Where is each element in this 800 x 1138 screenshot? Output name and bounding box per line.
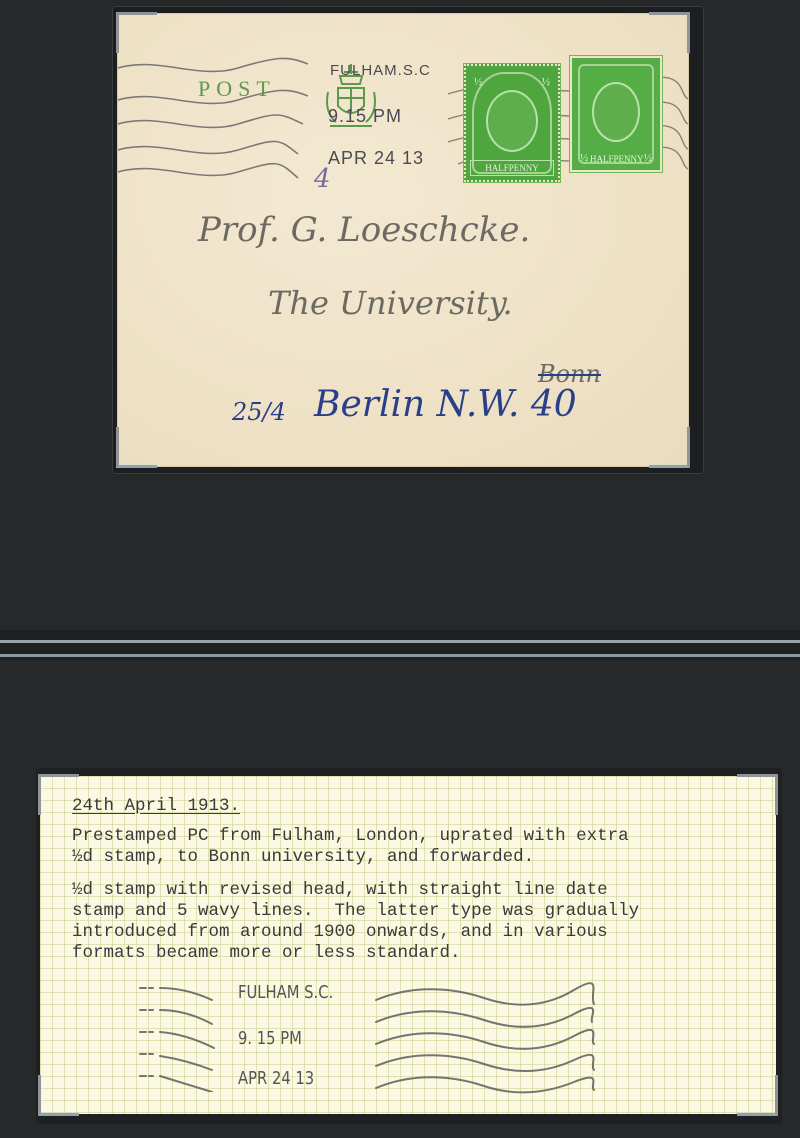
mount-corner-top-right (737, 774, 778, 815)
note-paragraph-2-line-2: stamp and 5 wavy lines. The latter type … (72, 901, 639, 922)
postcard: POST CA FULHAM.S.C 9.15 PM APR 24 13 ½ ½… (118, 14, 688, 466)
address-line-1: Prof. G. Loeschcke. (198, 210, 530, 250)
forwarding-reference: 25/4 (232, 398, 286, 426)
divider-strip-bottom (0, 654, 800, 657)
sketch-time: 9. 15 PM (238, 1028, 302, 1049)
note-paragraph-2-line-4: formats became more or less standard. (72, 943, 461, 964)
mount-corner-bottom-left (38, 1075, 79, 1116)
note-paragraph-2-line-1: ½d stamp with revised head, with straigh… (72, 880, 608, 901)
postmark-time: 9.15 PM (328, 106, 402, 127)
mount-corner-top-right (649, 12, 690, 53)
postcard-title-post: POST (198, 76, 276, 102)
sketch-wavy-lines (374, 978, 596, 1094)
address-line-2: The University. (268, 284, 513, 322)
note-paragraph-1-line-1: Prestamped PC from Fulham, London, uprat… (72, 826, 629, 847)
mount-corner-bottom-right (649, 427, 690, 468)
sketch-left-lines (136, 980, 216, 1092)
sketch-office: FULHAM S.C. (238, 982, 333, 1003)
note-paragraph-2-line-3: introduced from around 1900 onwards, and… (72, 922, 608, 943)
description-note: 24th April 1913. Prestamped PC from Fulh… (40, 776, 776, 1114)
postmark-date: APR 24 13 (328, 148, 424, 169)
mount-corner-bottom-left (116, 427, 157, 468)
divider-strip-top (0, 640, 800, 643)
king-portrait-icon (592, 82, 640, 142)
stamp-label: HALFPENNY (590, 152, 642, 166)
pencil-mark: 4 (314, 164, 331, 194)
imprinted-halfpenny-stamp: ½ ½ HALFPENNY (570, 56, 662, 172)
note-paragraph-1-line-2: ½d stamp, to Bonn university, and forwar… (72, 847, 534, 868)
wavy-cancellation-left (118, 54, 308, 184)
mount-corner-bottom-right (737, 1075, 778, 1116)
note-heading: 24th April 1913. (72, 796, 240, 817)
adhesive-halfpenny-stamp: ½ ½ HALFPENNY (464, 64, 560, 182)
king-portrait-icon (486, 90, 538, 152)
stamp-label: HALFPENNY (470, 160, 554, 176)
postmark-office: FULHAM.S.C (330, 62, 431, 79)
forwarding-address: Berlin N.W. 40 (314, 384, 577, 425)
mount-corner-top-left (116, 12, 157, 53)
sketch-date: APR 24 13 (238, 1068, 314, 1089)
